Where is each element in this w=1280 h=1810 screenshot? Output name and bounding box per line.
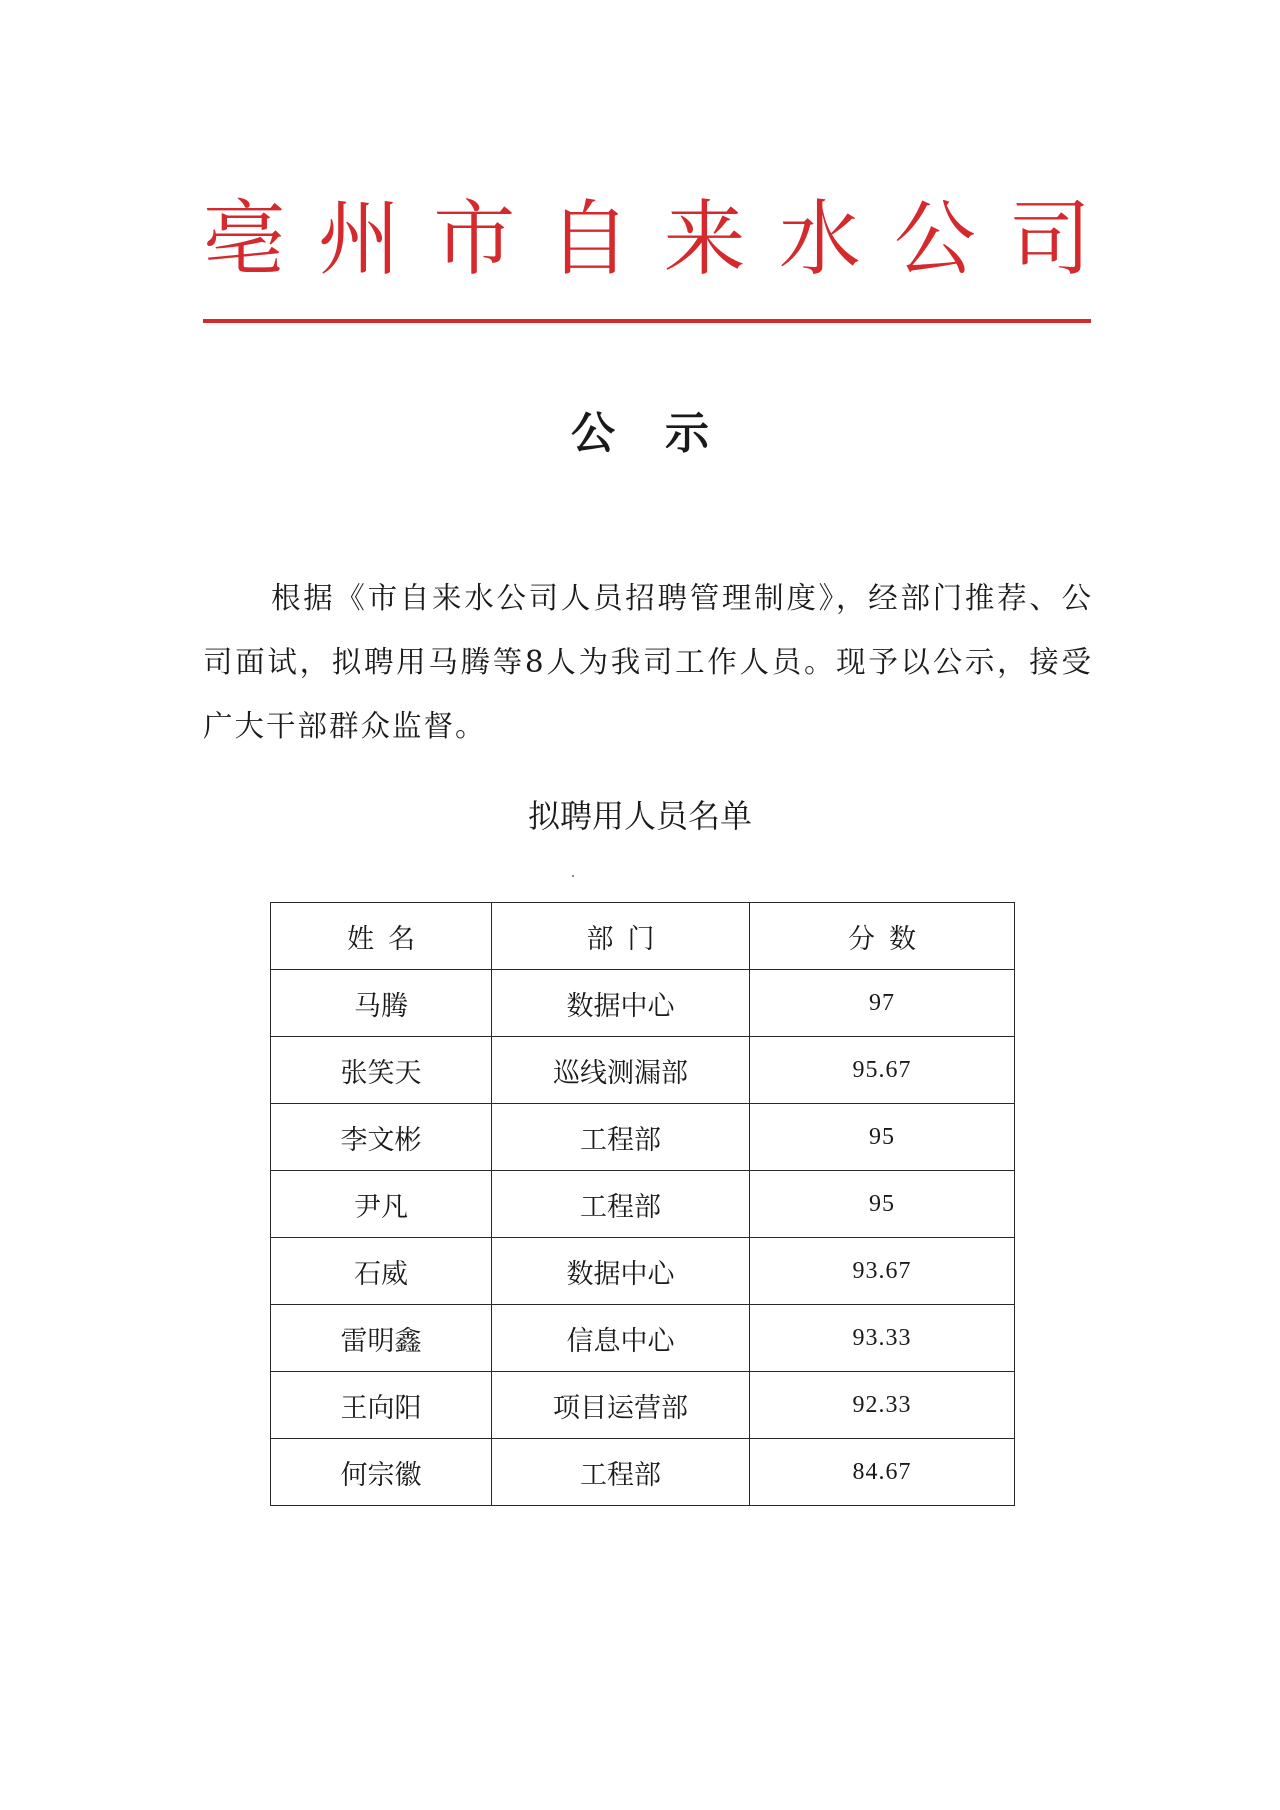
letterhead-char: 来 [664, 199, 746, 281]
letterhead-char: 市 [433, 199, 515, 281]
cell-department: 数据中心 [492, 1238, 750, 1305]
cell-score: 95 [750, 1171, 1015, 1238]
cell-name: 张笑天 [271, 1037, 492, 1104]
header-department: 部门 [492, 903, 750, 970]
announcement-paragraph: 根据《市自来水公司人员招聘管理制度》，经部门推荐、公司面试，拟聘用马腾等8人为我… [203, 566, 1093, 758]
letterhead-char: 州 [318, 199, 400, 281]
letterhead-char: 自 [548, 199, 630, 281]
cell-score: 95 [750, 1104, 1015, 1171]
cell-name: 雷明鑫 [271, 1305, 492, 1372]
table-row: 雷明鑫 信息中心 93.33 [271, 1305, 1015, 1372]
header-name: 姓名 [271, 903, 492, 970]
cell-department: 工程部 [492, 1104, 750, 1171]
cell-name: 王向阳 [271, 1372, 492, 1439]
table-row: 李文彬 工程部 95 [271, 1104, 1015, 1171]
table-row: 石威 数据中心 93.67 [271, 1238, 1015, 1305]
cell-name: 李文彬 [271, 1104, 492, 1171]
cell-name: 马腾 [271, 970, 492, 1037]
cell-score: 92.33 [750, 1372, 1015, 1439]
letterhead-char: 亳 [203, 199, 285, 281]
letterhead-char: 司 [1009, 199, 1091, 281]
cell-department: 工程部 [492, 1171, 750, 1238]
cell-name: 尹凡 [271, 1171, 492, 1238]
letterhead-organization-name: 亳 州 市 自 来 水 公 司 [203, 190, 1091, 290]
cell-department: 项目运营部 [492, 1372, 750, 1439]
cell-score: 97 [750, 970, 1015, 1037]
cell-name: 石威 [271, 1238, 492, 1305]
table-row: 王向阳 项目运营部 92.33 [271, 1372, 1015, 1439]
header-score: 分数 [750, 903, 1015, 970]
cell-name: 何宗徽 [271, 1439, 492, 1506]
cell-department: 数据中心 [492, 970, 750, 1037]
cell-department: 信息中心 [492, 1305, 750, 1372]
document-title: 公示 [0, 412, 1280, 456]
cell-department: 巡线测漏部 [492, 1037, 750, 1104]
letterhead-char: 公 [894, 199, 976, 281]
table-title: 拟聘用人员名单 [0, 800, 1280, 832]
cell-score: 93.67 [750, 1238, 1015, 1305]
letterhead-char: 水 [779, 199, 861, 281]
cell-score: 93.33 [750, 1305, 1015, 1372]
table-row: 何宗徽 工程部 84.67 [271, 1439, 1015, 1506]
table-row: 尹凡 工程部 95 [271, 1171, 1015, 1238]
cell-score: 95.67 [750, 1037, 1015, 1104]
table-row: 马腾 数据中心 97 [271, 970, 1015, 1037]
cell-score: 84.67 [750, 1439, 1015, 1506]
candidate-table: 姓名 部门 分数 马腾 数据中心 97 张笑天 巡线测漏部 95.67 李文彬 … [270, 902, 1015, 1506]
scan-speck [572, 875, 574, 877]
table-row: 张笑天 巡线测漏部 95.67 [271, 1037, 1015, 1104]
cell-department: 工程部 [492, 1439, 750, 1506]
table-header-row: 姓名 部门 分数 [271, 903, 1015, 970]
letterhead-divider [203, 319, 1091, 323]
